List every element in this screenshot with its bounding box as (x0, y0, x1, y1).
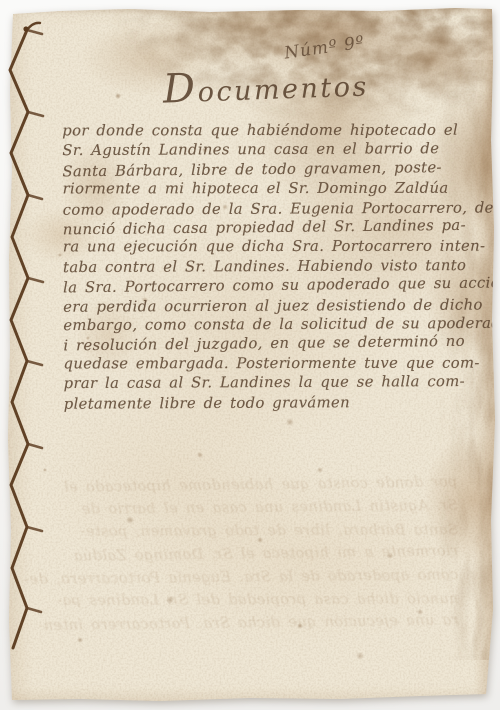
paper-shadow: por donde consta que habiéndome hipoteca… (0, 0, 500, 710)
text-line: riormente a mi hipoteca el Sr. Domingo Z… (63, 179, 483, 199)
text-line: quedase embargada. Posteriormente tuve q… (63, 354, 483, 374)
document-title: Documentos (162, 62, 369, 114)
text-line: por donde consta que habiéndome hipoteca… (62, 121, 482, 141)
text-line: prar la casa al Sr. Landines la que se h… (64, 372, 484, 394)
manuscript-text: por donde consta que habiéndome hipoteca… (62, 120, 484, 413)
text-line: ra una ejecución que dicha Sra. Portocar… (63, 237, 483, 257)
text-line: pletamente libre de todo gravámen (64, 392, 484, 414)
text-line: la Sra. Portocarrero como su apoderado q… (63, 274, 483, 298)
text-line: i resolución del juzgado, en que se dete… (63, 332, 483, 356)
text-line: era perdida ocurrieron al juez desistien… (63, 295, 483, 317)
photo-background: por donde consta que habiéndome hipoteca… (0, 0, 500, 710)
manuscript-page: por donde consta que habiéndome hipoteca… (0, 0, 500, 710)
bleedthrough-text: por donde consta que habiéndome hipoteca… (57, 472, 459, 637)
ghost-line: Sr. Agustín Landines una casa en el barr… (57, 495, 457, 522)
ghost-line: ra una ejecución que dicha Sra. Portocar… (59, 609, 459, 638)
